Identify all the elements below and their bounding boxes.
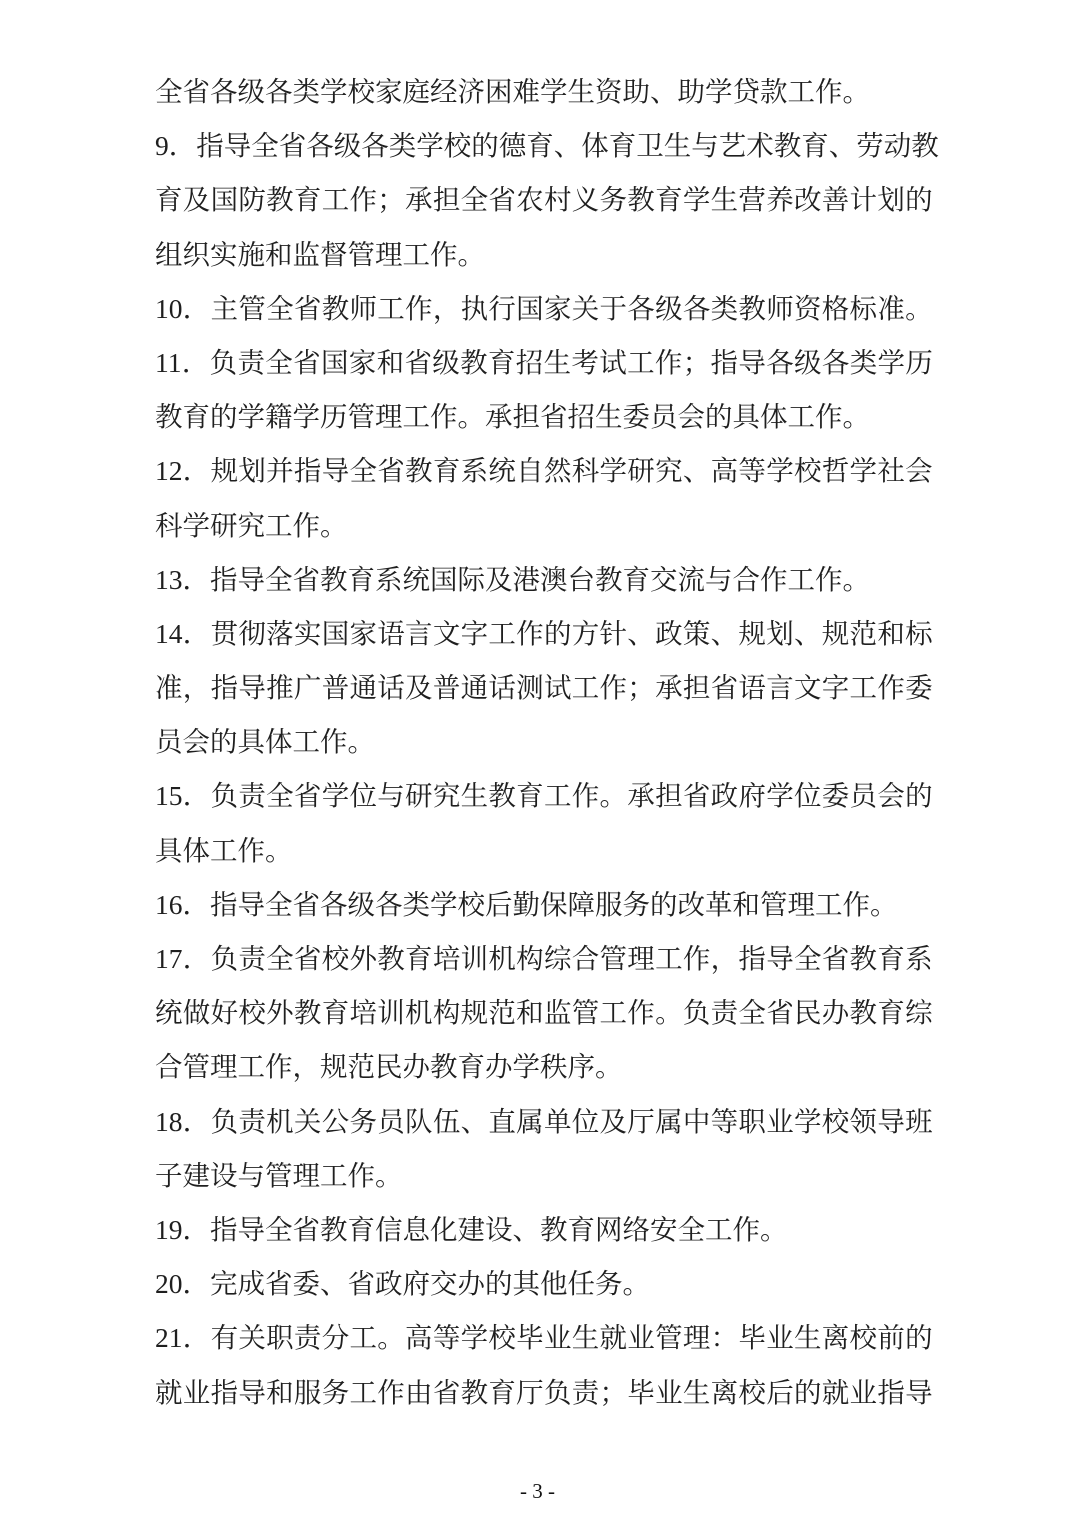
- text-line: 11．负责全省国家和省级教育招生考试工作；指导各级各类学历: [155, 336, 933, 390]
- document-body: 全省各级各类学校家庭经济困难学生资助、助学贷款工作。9．指导全省各级各类学校的德…: [155, 65, 933, 1420]
- text-line: 14．贯彻落实国家语言文字工作的方针、政策、规划、规范和标: [155, 607, 933, 661]
- text-line: 子建设与管理工作。: [155, 1149, 933, 1203]
- text-line: 10．主管全省教师工作，执行国家关于各级各类教师资格标准。: [155, 282, 933, 336]
- page-number: - 3 -: [0, 1468, 1075, 1514]
- text-line: 就业指导和服务工作由省教育厅负责；毕业生离校后的就业指导: [155, 1366, 933, 1420]
- text-line: 12．规划并指导全省教育系统自然科学研究、高等学校哲学社会: [155, 444, 933, 498]
- text-line: 统做好校外教育培训机构规范和监管工作。负责全省民办教育综: [155, 986, 933, 1040]
- text-line: 20．完成省委、省政府交办的其他任务。: [155, 1257, 933, 1311]
- text-line: 合管理工作，规范民办教育办学秩序。: [155, 1040, 933, 1094]
- document-page: 全省各级各类学校家庭经济困难学生资助、助学贷款工作。9．指导全省各级各类学校的德…: [0, 0, 1075, 1520]
- text-line: 教育的学籍学历管理工作。承担省招生委员会的具体工作。: [155, 390, 933, 444]
- text-line: 准，指导推广普通话及普通话测试工作；承担省语言文字工作委: [155, 661, 933, 715]
- text-line: 员会的具体工作。: [155, 715, 933, 769]
- text-line: 13．指导全省教育系统国际及港澳台教育交流与合作工作。: [155, 553, 933, 607]
- text-line: 16．指导全省各级各类学校后勤保障服务的改革和管理工作。: [155, 878, 933, 932]
- text-line: 17．负责全省校外教育培训机构综合管理工作，指导全省教育系: [155, 932, 933, 986]
- text-line: 18．负责机关公务员队伍、直属单位及厅属中等职业学校领导班: [155, 1095, 933, 1149]
- text-line: 21．有关职责分工。高等学校毕业生就业管理：毕业生离校前的: [155, 1311, 933, 1365]
- text-line: 全省各级各类学校家庭经济困难学生资助、助学贷款工作。: [155, 65, 933, 119]
- text-line: 组织实施和监督管理工作。: [155, 228, 933, 282]
- text-line: 15．负责全省学位与研究生教育工作。承担省政府学位委员会的: [155, 769, 933, 823]
- text-line: 9．指导全省各级各类学校的德育、体育卫生与艺术教育、劳动教: [155, 119, 933, 173]
- text-line: 具体工作。: [155, 824, 933, 878]
- text-line: 育及国防教育工作；承担全省农村义务教育学生营养改善计划的: [155, 173, 933, 227]
- text-line: 19．指导全省教育信息化建设、教育网络安全工作。: [155, 1203, 933, 1257]
- text-line: 科学研究工作。: [155, 499, 933, 553]
